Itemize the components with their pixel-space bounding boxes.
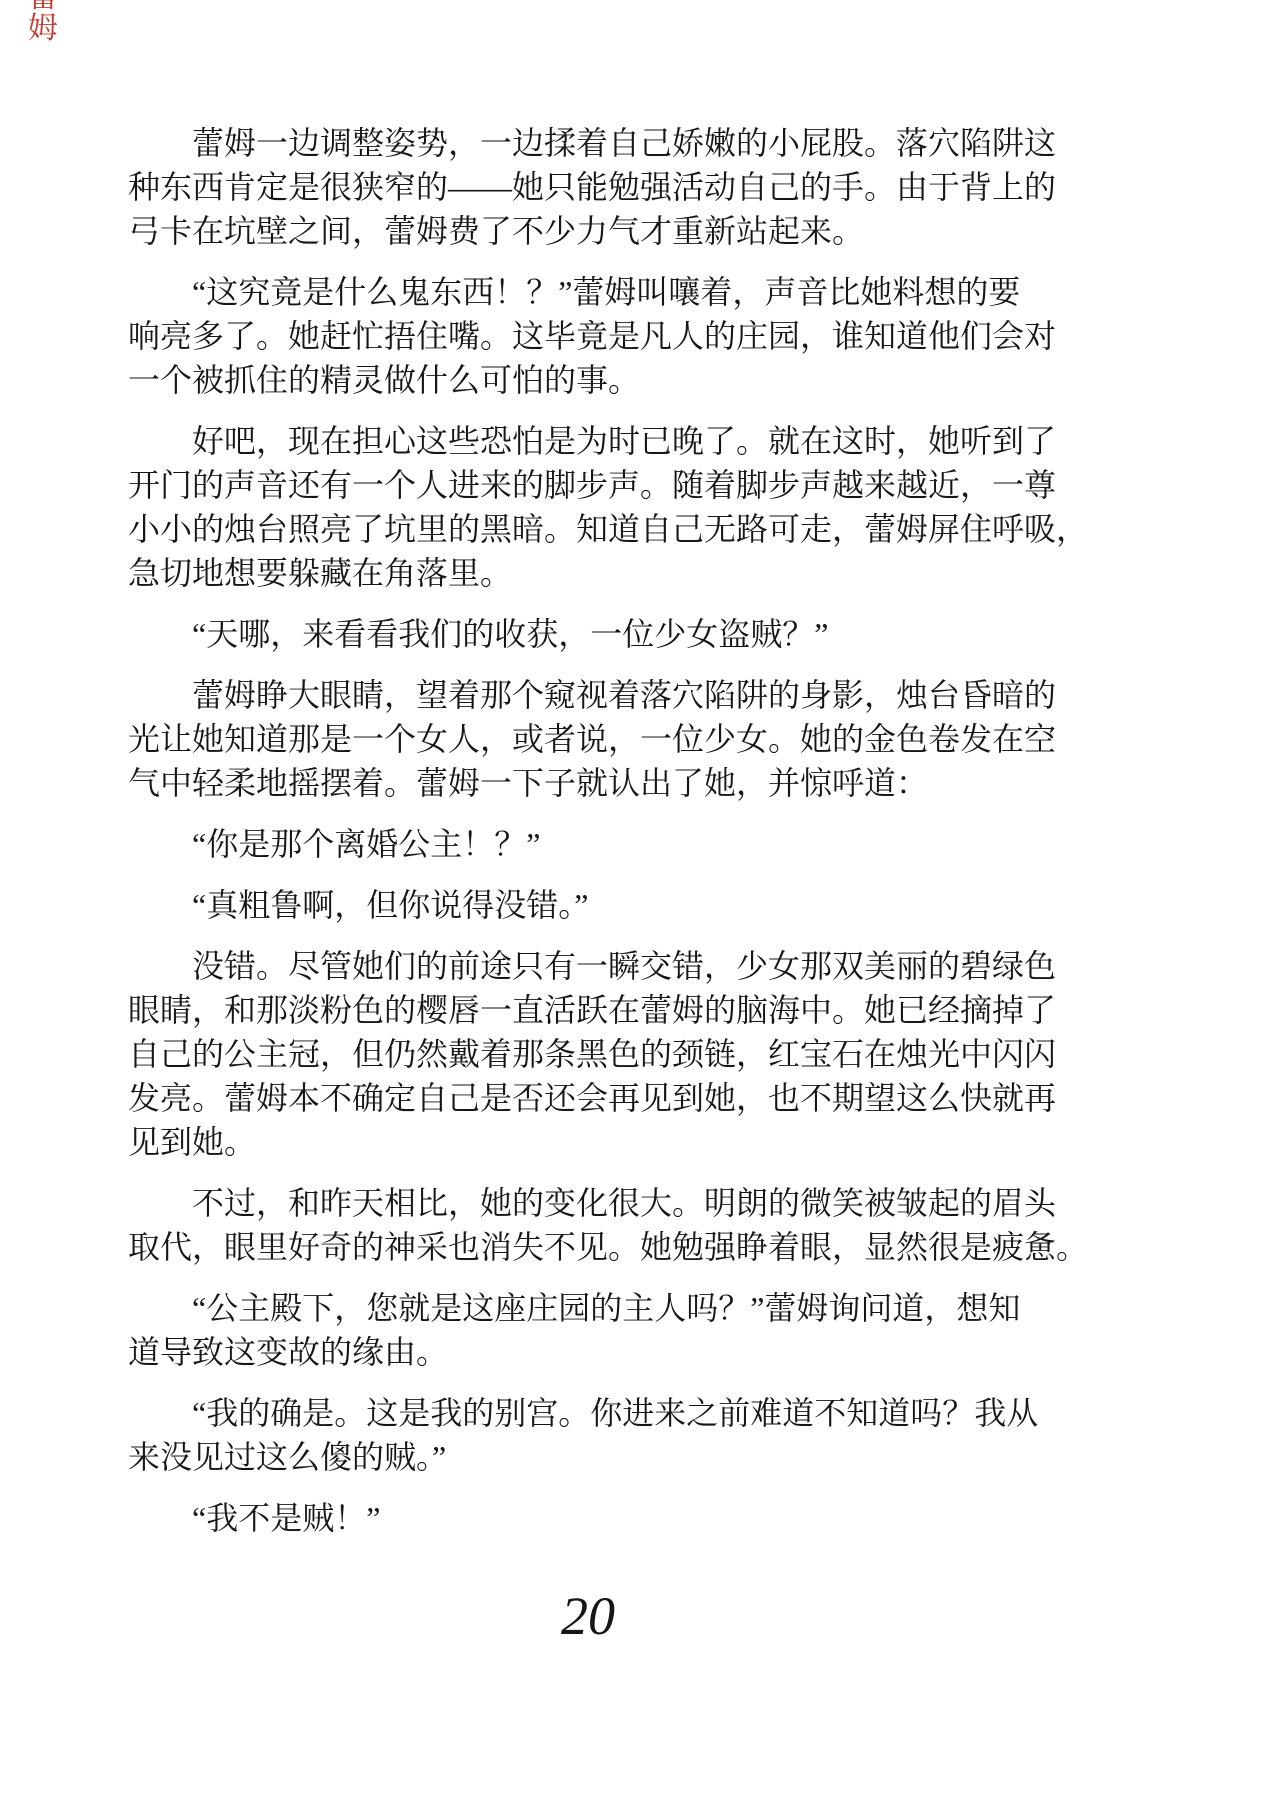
paragraph: “这究竟是什么鬼东西！？”蕾姆叫嚷着，声音比她料想的要 响亮多了。她赶忙捂住嘴。… bbox=[128, 270, 1068, 402]
paragraph: 不过，和昨天相比，她的变化很大。明朗的微笑被皱起的眉头 取代，眼里好奇的神采也消… bbox=[128, 1181, 1068, 1269]
paragraph: 没错。尽管她们的前途只有一瞬交错，少女那双美丽的碧绿色 眼睛，和那淡粉色的樱唇一… bbox=[128, 944, 1068, 1164]
novel-page: 蕾 姆 蕾姆一边调整姿势，一边揉着自己娇嫩的小屁股。落穴陷阱这 种东西肯定是很狭… bbox=[0, 0, 1280, 1816]
paragraph: “我的确是。这是我的别宫。你进来之前难道不知道吗？我从 来没见过这么傻的贼。” bbox=[128, 1391, 1068, 1479]
page-number: 20 bbox=[128, 1586, 1048, 1646]
paragraph: “公主殿下，您就是这座庄园的主人吗？”蕾姆询问道，想知 道导致这变故的缘由。 bbox=[128, 1286, 1068, 1374]
paragraph: “真粗鲁啊，但你说得没错。” bbox=[128, 883, 1068, 927]
corner-red-mark: 蕾 姆 bbox=[26, 0, 60, 44]
paragraph: 蕾姆睁大眼睛，望着那个窥视着落穴陷阱的身影，烛台昏暗的 光让她知道那是一个女人，… bbox=[128, 673, 1068, 805]
paragraph: 好吧，现在担心这些恐怕是为时已晚了。就在这时，她听到了 开门的声音还有一个人进来… bbox=[128, 419, 1068, 595]
paragraph: “天哪，来看看我们的收获，一位少女盗贼？” bbox=[128, 612, 1068, 656]
body-text: 蕾姆一边调整姿势，一边揉着自己娇嫩的小屁股。落穴陷阱这 种东西肯定是很狭窄的——… bbox=[128, 121, 1068, 1557]
paragraph: “我不是贼！” bbox=[128, 1496, 1068, 1540]
paragraph: “你是那个离婚公主！？” bbox=[128, 822, 1068, 866]
paragraph: 蕾姆一边调整姿势，一边揉着自己娇嫩的小屁股。落穴陷阱这 种东西肯定是很狭窄的——… bbox=[128, 121, 1068, 253]
